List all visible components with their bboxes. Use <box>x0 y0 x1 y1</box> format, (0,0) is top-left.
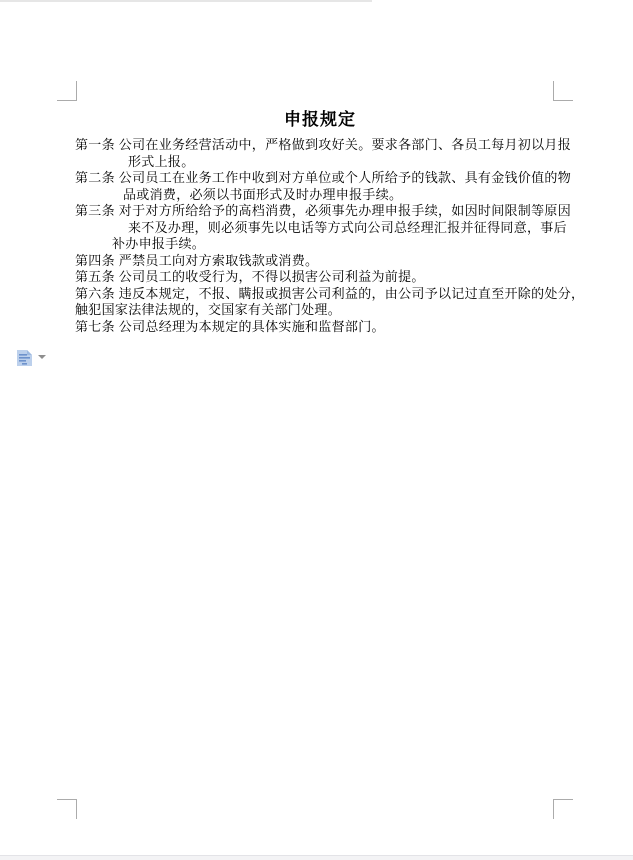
page-title: 申报规定 <box>75 105 565 130</box>
document-line: 第三条 对于对方所给给予的高档消费，必须事先办理申报手续，如因时间限制等原因 <box>75 203 575 220</box>
window-edge-strip-top <box>0 0 372 2</box>
document-line: 第六条 违反本规定，不报、瞒报或损害公司利益的，由公司予以记过直至开除的处分， <box>75 286 575 303</box>
margin-crop-mark-bottom-left <box>57 799 77 819</box>
document-line: 第七条 公司总经理为本规定的具体实施和监督部门。 <box>75 319 575 336</box>
document-page[interactable]: 申报规定 第一条 公司在业务经营活动中，严格做到攻好关。要求各部门、各员工每月初… <box>0 0 633 860</box>
document-line: 第四条 严禁员工向对方索取钱款或消费。 <box>75 253 575 270</box>
document-line: 触犯国家法律法规的，交国家有关部门处理。 <box>75 302 575 319</box>
document-line: 第五条 公司员工的收受行为，不得以损害公司利益为前提。 <box>75 269 575 286</box>
window-edge-strip-bottom <box>0 855 633 860</box>
document-line: 第二条 公司员工在业务工作中收到对方单位或个人所给予的钱款、具有金钱价值的物 <box>75 170 575 187</box>
margin-crop-mark-bottom-right <box>553 799 573 819</box>
document-line: 形式上报。 <box>75 154 575 171</box>
paste-options-button[interactable] <box>16 349 46 367</box>
document-line: 来不及办理，则必须事先以电话等方式向公司总经理汇报并征得同意，事后 <box>75 220 575 237</box>
document-line: 品或消费，必须以书面形式及时办理申报手续。 <box>75 187 575 204</box>
chevron-down-icon[interactable] <box>38 355 46 359</box>
margin-crop-mark-top-right <box>553 81 573 101</box>
margin-crop-mark-top-left <box>57 81 77 101</box>
document-body: 第一条 公司在业务经营活动中，严格做到攻好关。要求各部门、各员工每月初以月报 形… <box>75 137 575 335</box>
paste-options-icon <box>16 349 33 367</box>
document-line: 第一条 公司在业务经营活动中，严格做到攻好关。要求各部门、各员工每月初以月报 <box>75 137 575 154</box>
document-line: 补办申报手续。 <box>75 236 575 253</box>
